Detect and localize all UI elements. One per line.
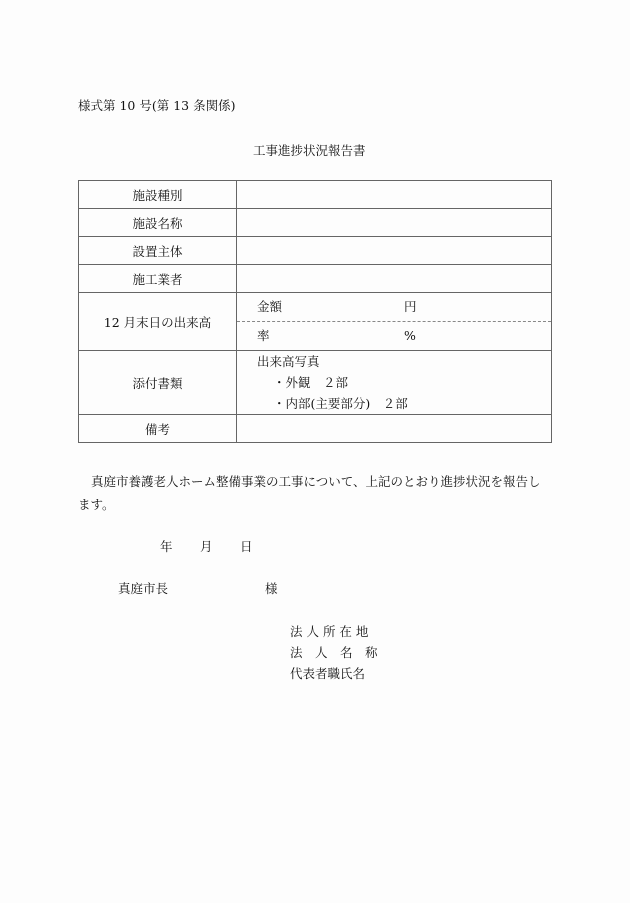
table-row: 施設種別 xyxy=(79,181,552,209)
contractor-label: 施工業者 xyxy=(79,265,237,293)
table-row: 設置主体 xyxy=(79,237,552,265)
table-row: 施工業者 xyxy=(79,265,552,293)
amount-label: 金額 xyxy=(257,299,282,314)
table-row: 施設名称 xyxy=(79,209,552,237)
operator-label: 設置主体 xyxy=(79,237,237,265)
table-row: 備考 xyxy=(79,415,552,443)
rate-unit: % xyxy=(404,322,416,350)
facility-type-field[interactable] xyxy=(237,181,552,209)
table-row: 添付書類 出来高写真 ・外観 ２部 ・内部(主要部分) ２部 xyxy=(79,351,552,415)
report-table: 施設種別 施設名称 設置主体 施工業者 12 月末日の出来高 金額 円 率 % … xyxy=(78,180,552,443)
remarks-field[interactable] xyxy=(237,415,552,443)
attachments-cell: 出来高写真 ・外観 ２部 ・内部(主要部分) ２部 xyxy=(237,351,552,415)
attachments-heading: 出来高写真 xyxy=(257,351,551,372)
remarks-label: 備考 xyxy=(79,415,237,443)
facility-type-label: 施設種別 xyxy=(79,181,237,209)
date-day: 日 xyxy=(240,537,253,555)
corp-address-label: 法 人 所 在 地 xyxy=(290,621,368,642)
progress-label: 12 月末日の出来高 xyxy=(79,293,237,351)
table-row: 12 月末日の出来高 金額 円 率 % xyxy=(79,293,552,351)
attachment-item: ・外観 ２部 xyxy=(257,372,551,393)
date-year: 年 xyxy=(160,537,173,555)
progress-cell: 金額 円 率 % xyxy=(237,293,552,351)
form-number: 様式第 10 号(第 13 条関係) xyxy=(78,96,235,114)
amount-unit: 円 xyxy=(404,293,417,321)
rate-field[interactable]: 率 % xyxy=(257,322,551,350)
date-month: 月 xyxy=(200,537,213,555)
representative-label: 代表者職氏名 xyxy=(290,663,365,684)
contractor-field[interactable] xyxy=(237,265,552,293)
operator-field[interactable] xyxy=(237,237,552,265)
facility-name-field[interactable] xyxy=(237,209,552,237)
report-statement: 真庭市養護老人ホーム整備事業の工事について、上記のとおり進捗状況を報告します。 xyxy=(78,470,552,516)
attachments-label: 添付書類 xyxy=(79,351,237,415)
amount-field[interactable]: 金額 円 xyxy=(257,293,551,321)
addressee-name: 真庭市長 xyxy=(118,579,168,597)
attachment-item: ・内部(主要部分) ２部 xyxy=(257,393,551,414)
document-title: 工事進捗状況報告書 xyxy=(253,141,366,159)
corp-name-label: 法 人 名 称 xyxy=(290,642,378,663)
facility-name-label: 施設名称 xyxy=(79,209,237,237)
rate-label: 率 xyxy=(257,328,270,343)
addressee-honorific: 様 xyxy=(265,579,278,597)
